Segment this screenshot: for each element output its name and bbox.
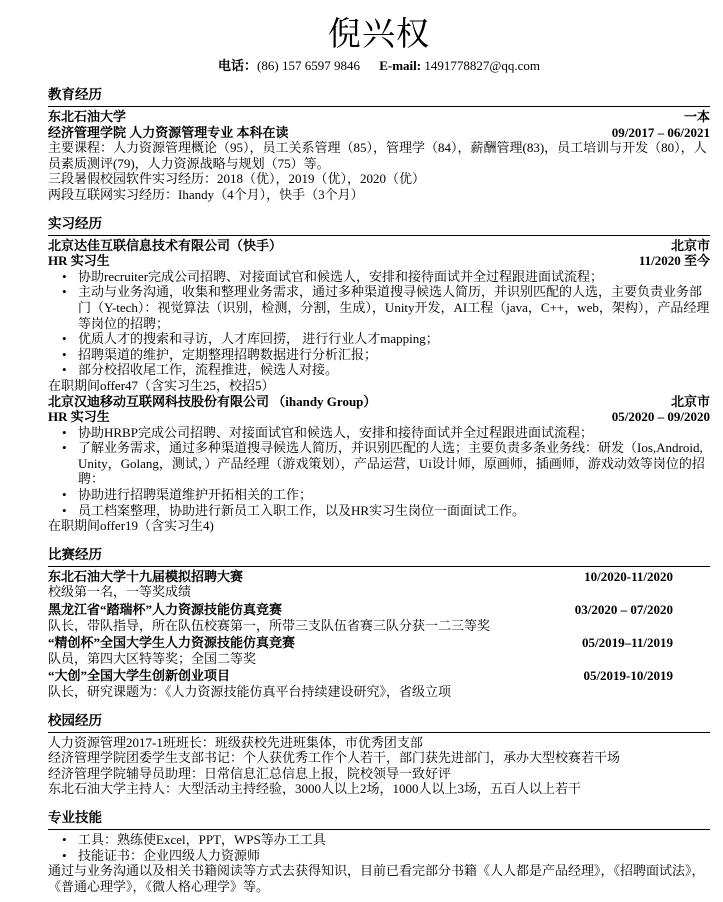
job-bullet: 协助recruiter完成公司招聘、对接面试官和候选人，安排和接待面试并全过程跟… <box>48 269 710 285</box>
competition-title-row: 黑龙江省“踏瑞杯”人力资源技能仿真竞赛 03/2020 – 07/2020 <box>48 602 710 618</box>
phone-value: (86) 157 6597 9846 <box>257 58 360 73</box>
skill-bullet: 工具：熟练使Excel，PPT，WPS等办工工具 <box>48 832 710 848</box>
section-title-education: 教育经历 <box>48 87 710 107</box>
section-title-campus: 校园经历 <box>48 713 710 733</box>
education-line: 两段互联网实习经历：Ihandy（4个月），快手（3个月） <box>48 187 710 203</box>
skill-bullet: 技能证书：企业四级人力资源师 <box>48 848 710 864</box>
campus-line: 经济管理学院辅导员助理：日常信息汇总信息上报，院校领导一致好评 <box>48 766 710 782</box>
job-footer: 在职期间offer47（含实习生25，校招5） <box>48 378 710 394</box>
section-competition: 比赛经历 东北石油大学十九届模拟招聘大赛 10/2020-11/2020 校级第… <box>48 547 710 700</box>
campus-line: 人力资源管理2017-1班班长：班级获校先进班集体，市优秀团支部 <box>48 735 710 751</box>
education-lines: 主要课程：人力资源管理概论（95），员工关系管理（85），管理学（84），薪酬管… <box>48 140 710 202</box>
section-skills: 专业技能 工具：熟练使Excel，PPT，WPS等办工工具技能证书：企业四级人力… <box>48 810 710 894</box>
competition-item: “精创杯”全国大学生人力资源技能仿真竞赛 05/2019–11/2019 队员，… <box>48 635 710 666</box>
contact-line: 电话：(86) 157 6597 9846 E-mail: 1491778827… <box>48 58 710 74</box>
competition-title: 黑龙江省“踏瑞杯”人力资源技能仿真竞赛 <box>48 602 282 618</box>
company-name: 北京达佳互联信息技术有限公司（快手） <box>48 238 282 254</box>
competition-item: “大创”全国大学生创新创业项目 05/2019-10/2019 队长，研究课题为… <box>48 668 710 699</box>
job-bullet: 了解业务需求，通过多种渠道搜寻候选人简历，并识别匹配的人选；主要负责多条业务线：… <box>48 440 710 487</box>
job-bullet: 员工档案整理，协助进行新员工入职工作，以及HR实习生岗位一面面试工作。 <box>48 503 710 519</box>
company-name: 北京汉迪移动互联网科技股份有限公司 （ihandy Group） <box>48 394 376 410</box>
email-value: 1491778827@qq.com <box>424 58 540 73</box>
job-bullet: 协助HRBP完成公司招聘、对接面试官和候选人，安排和接待面试并全过程跟进面试流程… <box>48 425 710 441</box>
competition-title-row: “大创”全国大学生创新创业项目 05/2019-10/2019 <box>48 668 710 684</box>
competition-period: 05/2019–11/2019 <box>582 635 710 651</box>
competition-desc: 队长，带队指导，所在队伍校赛第一，所带三支队伍省赛三队分获一二三等奖 <box>48 618 710 634</box>
education-degree-row: 经济管理学院 人力资源管理专业 本科在读 09/2017 – 06/2021 <box>48 125 710 141</box>
phone-label: 电话： <box>218 58 257 73</box>
job-period: 11/2020 至今 <box>639 253 710 269</box>
competition-title-row: “精创杯”全国大学生人力资源技能仿真竞赛 05/2019–11/2019 <box>48 635 710 651</box>
skills-bullets: 工具：熟练使Excel，PPT，WPS等办工工具技能证书：企业四级人力资源师 <box>48 832 710 863</box>
section-title-internship: 实习经历 <box>48 216 710 236</box>
school-tier: 一本 <box>684 109 710 125</box>
section-internship: 实习经历 北京达佳互联信息技术有限公司（快手） 北京市 HR 实习生 11/20… <box>48 216 710 534</box>
competition-period: 05/2019-10/2019 <box>583 668 710 684</box>
competition-period: 03/2020 – 07/2020 <box>575 602 710 618</box>
resume-page: 倪兴权 电话：(86) 157 6597 9846 E-mail: 149177… <box>0 0 723 894</box>
email-label: E-mail: <box>379 58 421 73</box>
campus-line: 东北石油大学主持人：大型活动主持经验，3000人以上2场，1000人以上3场，五… <box>48 781 710 797</box>
education-school-row: 东北石油大学 一本 <box>48 109 710 125</box>
competition-list: 东北石油大学十九届模拟招聘大赛 10/2020-11/2020 校级第一名，一等… <box>48 569 710 700</box>
job-company-row: 北京汉迪移动互联网科技股份有限公司 （ihandy Group） 北京市 <box>48 394 710 410</box>
job-bullet: 优质人才的搜索和寻访，人才库回捞， 进行行业人才mapping； <box>48 331 710 347</box>
competition-title-row: 东北石油大学十九届模拟招聘大赛 10/2020-11/2020 <box>48 569 710 585</box>
job-bullet: 部分校招收尾工作，流程推进，候选人对接。 <box>48 362 710 378</box>
job-footer: 在职期间offer19（含实习生4) <box>48 518 710 534</box>
campus-lines: 人力资源管理2017-1班班长：班级获校先进班集体，市优秀团支部经济管理学院团委… <box>48 735 710 797</box>
competition-item: 东北石油大学十九届模拟招聘大赛 10/2020-11/2020 校级第一名，一等… <box>48 569 710 600</box>
competition-title: 东北石油大学十九届模拟招聘大赛 <box>48 569 243 585</box>
competition-desc: 队员，第四大区特等奖；全国二等奖 <box>48 651 710 667</box>
degree-period: 09/2017 – 06/2021 <box>612 125 710 141</box>
competition-item: 黑龙江省“踏瑞杯”人力资源技能仿真竞赛 03/2020 – 07/2020 队长… <box>48 602 710 633</box>
job-entry-ihandy: 北京汉迪移动互联网科技股份有限公司 （ihandy Group） 北京市 HR … <box>48 394 710 534</box>
campus-line: 经济管理学院团委学生支部书记：个人获优秀工作个人若干，部门获先进部门，承办大型校… <box>48 750 710 766</box>
job-role: HR 实习生 <box>48 253 110 269</box>
job-bullet: 招聘渠道的维护，定期整理招聘数据进行分析汇报； <box>48 347 710 363</box>
competition-title: “精创杯”全国大学生人力资源技能仿真竞赛 <box>48 635 295 651</box>
competition-title: “大创”全国大学生创新创业项目 <box>48 668 230 684</box>
skills-paragraph: 通过与业务沟通以及相关书籍阅读等方式去获得知识，目前已看完部分书籍《人人都是产品… <box>48 863 710 894</box>
job-company-row: 北京达佳互联信息技术有限公司（快手） 北京市 <box>48 238 710 254</box>
job-period: 05/2020 – 09/2020 <box>612 409 710 425</box>
job-bullets: 协助HRBP完成公司招聘、对接面试官和候选人，安排和接待面试并全过程跟进面试流程… <box>48 425 710 519</box>
education-line: 三段暑假校园软件实习经历：2018（优），2019（优），2020（优） <box>48 171 710 187</box>
education-line: 主要课程：人力资源管理概论（95），员工关系管理（85），管理学（84），薪酬管… <box>48 140 710 171</box>
candidate-name: 倪兴权 <box>48 8 710 55</box>
section-title-skills: 专业技能 <box>48 810 710 830</box>
job-bullet: 主动与业务沟通，收集和整理业务需求，通过多种渠道搜寻候选人简历，并识别匹配的人选… <box>48 284 710 331</box>
job-bullets: 协助recruiter完成公司招聘、对接面试官和候选人，安排和接待面试并全过程跟… <box>48 269 710 378</box>
competition-period: 10/2020-11/2020 <box>584 569 710 585</box>
section-title-competition: 比赛经历 <box>48 547 710 567</box>
company-location: 北京市 <box>671 238 710 254</box>
job-role-row: HR 实习生 11/2020 至今 <box>48 253 710 269</box>
section-campus: 校园经历 人力资源管理2017-1班班长：班级获校先进班集体，市优秀团支部经济管… <box>48 713 710 797</box>
job-entry-kuaishou: 北京达佳互联信息技术有限公司（快手） 北京市 HR 实习生 11/2020 至今… <box>48 238 710 394</box>
section-education: 教育经历 东北石油大学 一本 经济管理学院 人力资源管理专业 本科在读 09/2… <box>48 87 710 203</box>
company-location: 北京市 <box>671 394 710 410</box>
competition-desc: 校级第一名，一等奖成绩 <box>48 584 710 600</box>
competition-desc: 队长，研究课题为：《人力资源技能仿真平台持续建设研究》，省级立项 <box>48 684 710 700</box>
degree-name: 经济管理学院 人力资源管理专业 本科在读 <box>48 125 289 141</box>
job-role-row: HR 实习生 05/2020 – 09/2020 <box>48 409 710 425</box>
job-role: HR 实习生 <box>48 409 110 425</box>
job-bullet: 协助进行招聘渠道维护开拓相关的工作； <box>48 487 710 503</box>
school-name: 东北石油大学 <box>48 109 126 125</box>
